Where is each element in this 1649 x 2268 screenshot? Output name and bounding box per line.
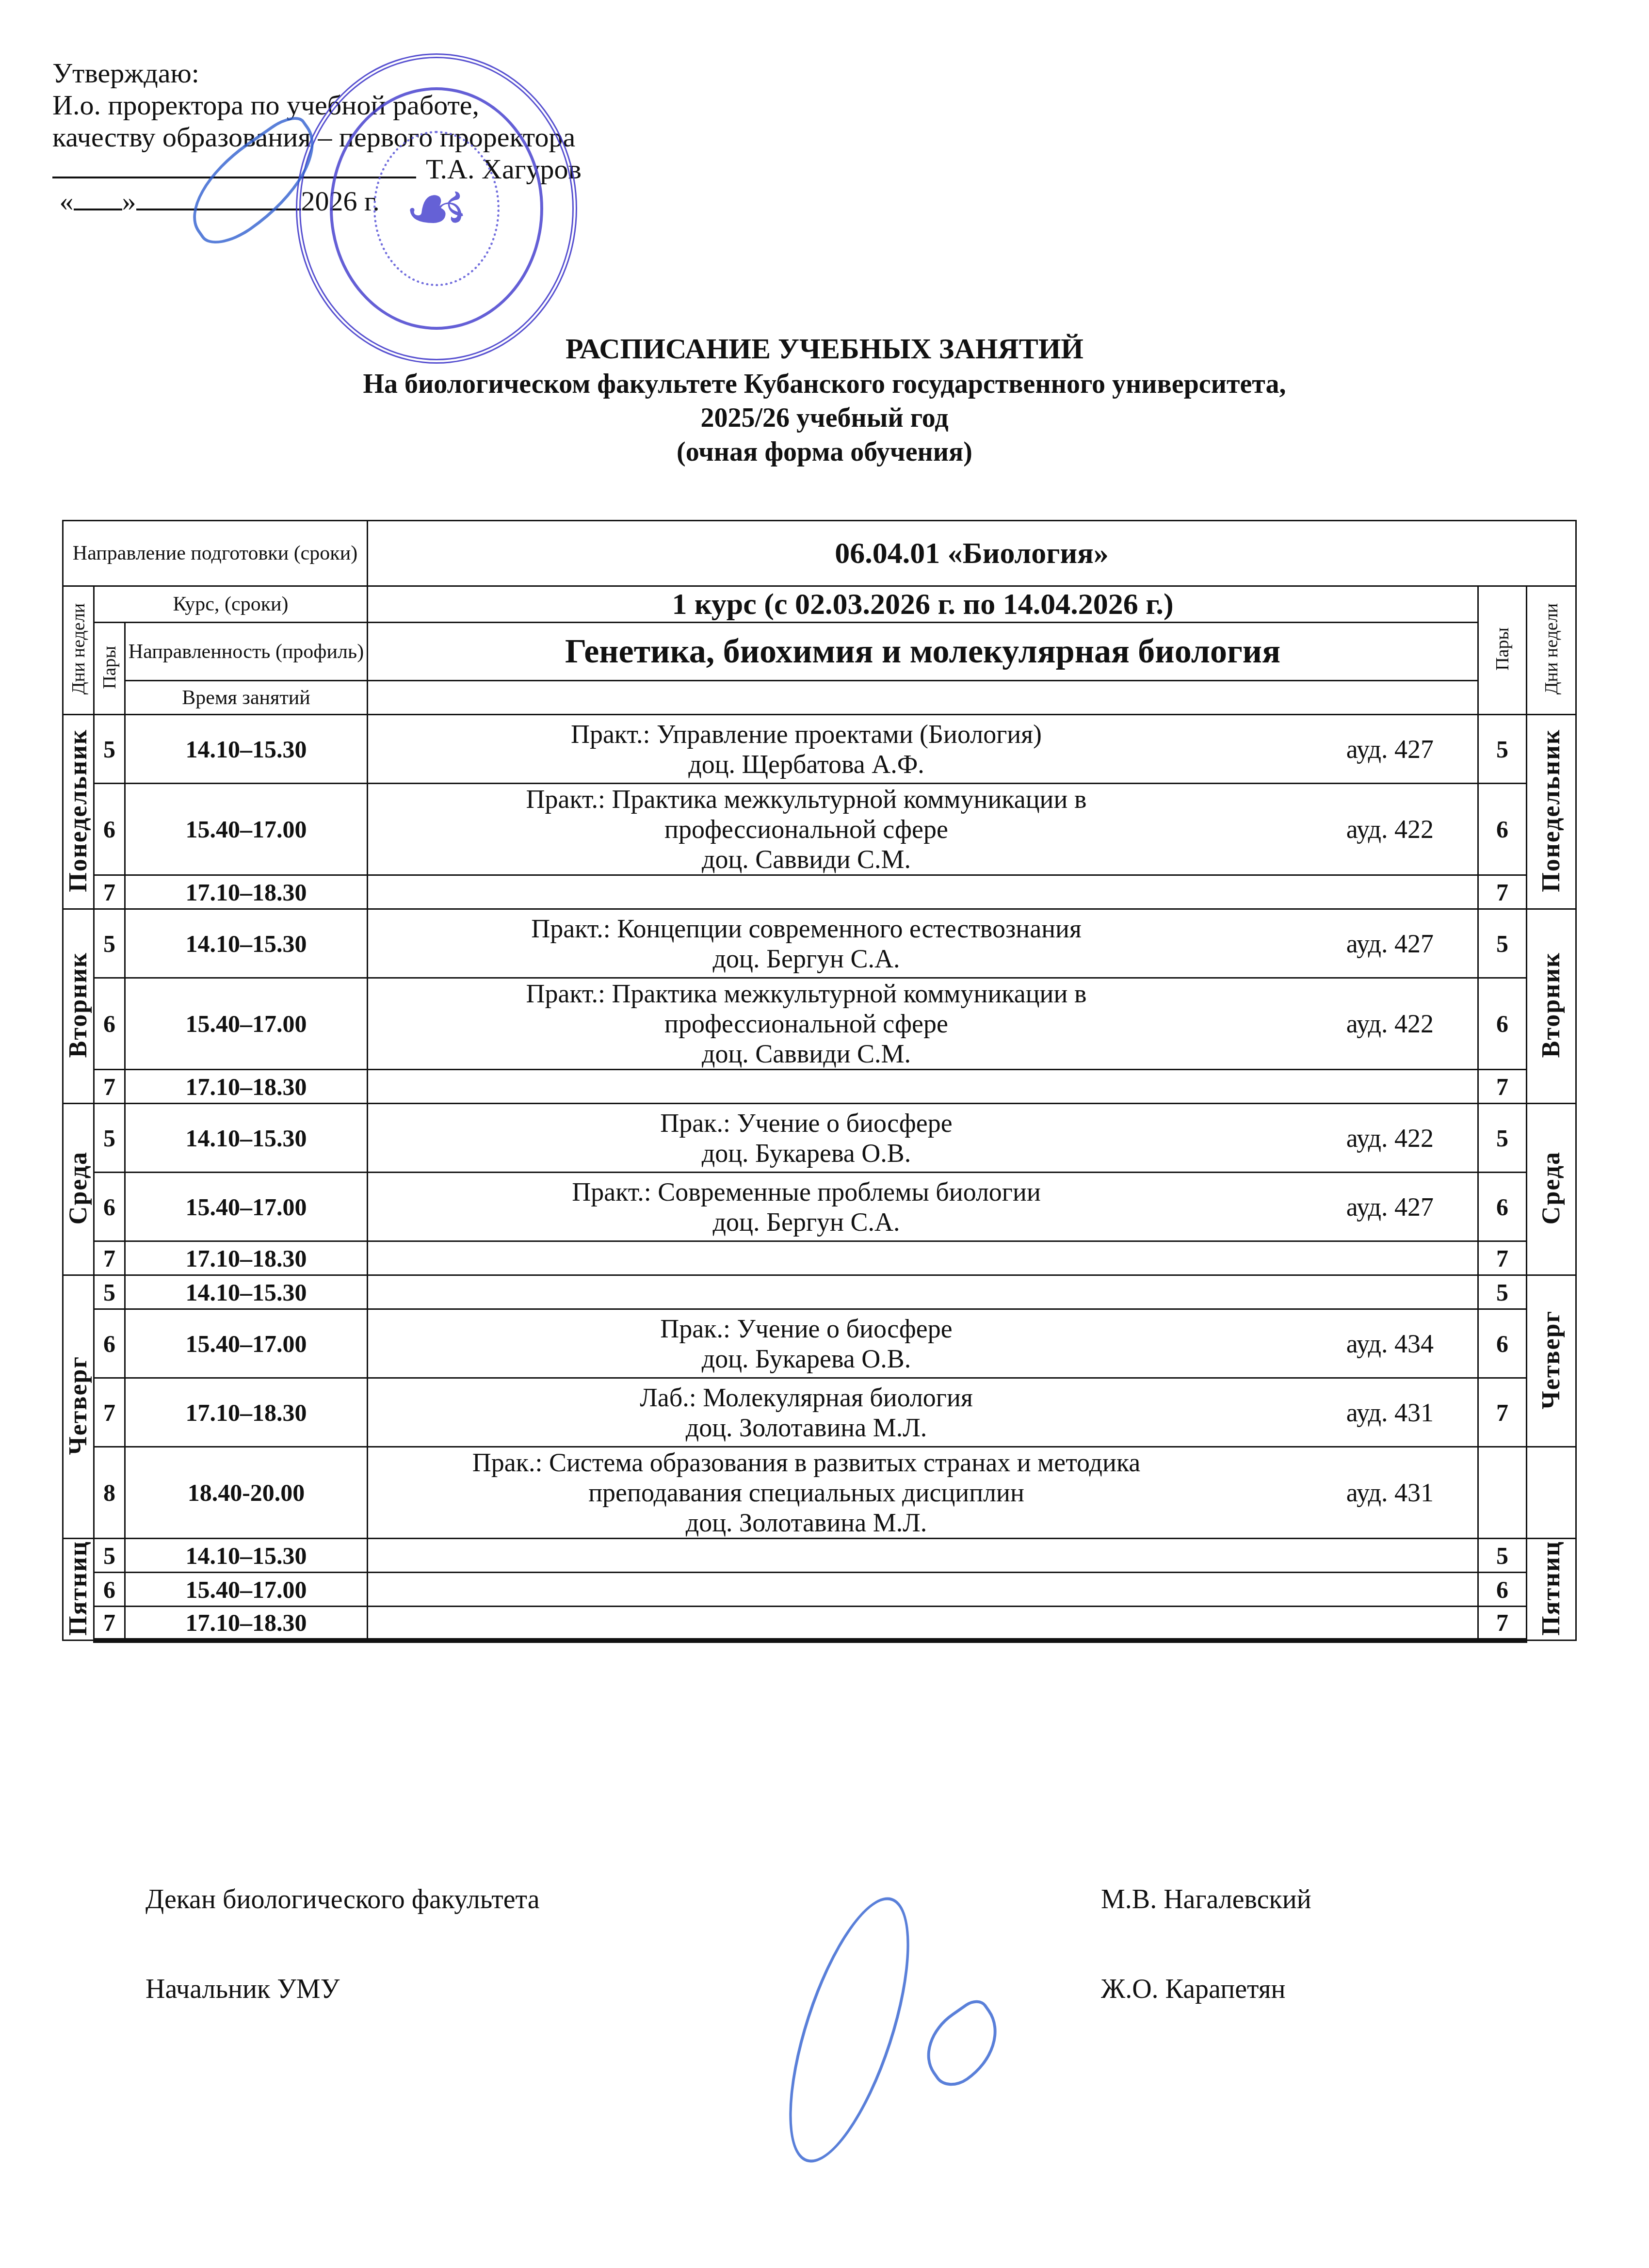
table-row: 717.10–18.307 [63,1070,1576,1104]
lesson-line: преподавания специальных дисциплин [388,1478,1225,1508]
lesson-line: доц. Букарева О.В. [388,1138,1225,1168]
day-label-right: Среда [1527,1104,1576,1275]
lesson-line: Практ.: Практика межкультурной коммуника… [388,784,1225,814]
table-row: 615.40–17.00Практ.: Практика межкультурн… [63,784,1576,875]
pair-time: 17.10–18.30 [125,1241,368,1275]
table-row: 717.10–18.307 [63,875,1576,909]
pair-number-right: 5 [1478,909,1527,978]
room-number: ауд. 422 [1346,814,1434,844]
lesson-line: Прак.: Учение о биосфере [388,1108,1225,1138]
table-row: 818.40-20.00Прак.: Система образования в… [63,1447,1576,1539]
lesson-line: профессиональной сфере [388,1009,1225,1039]
pair-number-right: 5 [1478,1104,1527,1173]
pairs-label-left: Пары [94,623,125,715]
lesson-cell: Практ.: Практика межкультурной коммуника… [368,978,1478,1070]
lesson-line: Прак.: Система образования в развитых ст… [388,1448,1225,1478]
table-row: 615.40–17.00Практ.: Современные проблемы… [63,1173,1576,1241]
pair-time: 14.10–15.30 [125,1539,368,1573]
pair-time: 14.10–15.30 [125,1275,368,1309]
lesson-line: доц. Золотавина М.Л. [388,1413,1225,1443]
lesson-line: Практ.: Управление проектами (Биология) [388,719,1225,749]
pair-number: 7 [94,1241,125,1275]
signature-dean-icon [764,1884,934,2175]
room-number: ауд. 434 [1346,1329,1434,1359]
dean-title: Декан биологического факультета [145,1884,540,1915]
pairs-label-right: Пары [1478,586,1527,715]
pair-number-right: 7 [1478,875,1527,909]
lesson-cell [368,1539,1478,1573]
pair-number-right: 7 [1478,1241,1527,1275]
lesson-cell [368,1241,1478,1275]
pair-number-right: 5 [1478,715,1527,784]
direction-label: Направление подготовки (сроки) [63,521,368,586]
pair-time: 15.40–17.00 [125,1309,368,1378]
lesson-line: Прак.: Учение о биосфере [388,1314,1225,1344]
table-row: 717.10–18.307 [63,1241,1576,1275]
pair-time: 14.10–15.30 [125,715,368,784]
pair-number-right: 6 [1478,1309,1527,1378]
header-row-direction: Направление подготовки (сроки) 06.04.01 … [63,521,1576,586]
lesson-cell: Практ.: Современные проблемы биологиидоц… [368,1173,1478,1241]
lesson-line: доц. Бергун С.А. [388,944,1225,974]
table-row: 615.40–17.00Прак.: Учение о биосфередоц.… [63,1309,1576,1378]
lesson-line: Практ.: Практика межкультурной коммуника… [388,979,1225,1009]
days-label-right: Дни недели [1527,586,1576,715]
pair-number: 5 [94,1104,125,1173]
room-number: ауд. 427 [1346,734,1434,764]
pair-number-right: 6 [1478,784,1527,875]
pair-number: 6 [94,1173,125,1241]
pair-number-right: 7 [1478,1070,1527,1104]
lesson-cell: Практ.: Управление проектами (Биология)д… [368,715,1478,784]
pair-number-right: 7 [1478,1378,1527,1447]
table-row: Вторник514.10–15.30Практ.: Концепции сов… [63,909,1576,978]
lesson-cell: Лаб.: Молекулярная биологиядоц. Золотави… [368,1378,1478,1447]
umu-name: Ж.О. Карапетян [1101,1974,1286,2005]
day-label-left: Понедельник [63,715,94,909]
table-row: Четверг514.10–15.305Четверг [63,1275,1576,1309]
pair-number: 5 [94,909,125,978]
room-number: ауд. 427 [1346,1192,1434,1222]
lesson-line: доц. Бергун С.А. [388,1207,1225,1237]
room-number: ауд. 431 [1346,1478,1434,1508]
day-label-right: Понедельник [1527,715,1576,909]
pair-number: 7 [94,1607,125,1641]
lesson-cell [368,1573,1478,1607]
day-label-right: Пятниц [1527,1539,1576,1641]
pair-number: 7 [94,875,125,909]
pair-time: 18.40-20.00 [125,1447,368,1539]
pair-number: 5 [94,1539,125,1573]
pair-number: 8 [94,1447,125,1539]
lesson-line: доц. Саввиди С.М. [388,844,1225,874]
table-row: 615.40–17.00Практ.: Практика межкультурн… [63,978,1576,1070]
page-title: РАСПИСАНИЕ УЧЕБНЫХ ЗАНЯТИЙ [0,332,1649,366]
schedule-table: Направление подготовки (сроки) 06.04.01 … [62,520,1577,1643]
table-row: 717.10–18.307 [63,1607,1576,1641]
pair-time: 14.10–15.30 [125,909,368,978]
day-label-right: Вторник [1527,909,1576,1104]
pair-number-right: 7 [1478,1607,1527,1641]
time-header-empty [368,681,1478,715]
faculty-subtitle: На биологическом факультете Кубанского г… [0,369,1649,400]
day-label-left: Вторник [63,909,94,1104]
lesson-line: Практ.: Концепции современного естествоз… [388,914,1225,944]
table-row: 717.10–18.30Лаб.: Молекулярная биологияд… [63,1378,1576,1447]
lesson-line: доц. Щербатова А.Ф. [388,749,1225,779]
course-value: 1 курс (с 02.03.2026 г. по 14.04.2026 г.… [368,586,1478,623]
eagle-emblem-icon: ☙ [404,166,469,251]
lesson-line: доц. Саввиди С.М. [388,1039,1225,1069]
pair-time: 15.40–17.00 [125,1573,368,1607]
lesson-cell [368,1070,1478,1104]
date-quote-close: » [122,185,136,217]
pair-number: 6 [94,978,125,1070]
pair-number-right-empty [1478,1447,1527,1539]
lesson-cell: Прак.: Учение о биосфередоц. Букарева О.… [368,1309,1478,1378]
lesson-cell [368,1275,1478,1309]
table-row: Пятниц514.10–15.305Пятниц [63,1539,1576,1573]
time-label: Время занятий [125,681,368,715]
pair-number: 7 [94,1378,125,1447]
lesson-line: Лаб.: Молекулярная биология [388,1383,1225,1413]
day-label-left: Пятниц [63,1539,94,1641]
lesson-line: Практ.: Современные проблемы биологии [388,1177,1225,1207]
pair-number-right: 5 [1478,1275,1527,1309]
days-label-left: Дни недели [63,586,94,715]
lesson-cell [368,1607,1478,1641]
umu-title: Начальник УМУ [145,1974,339,2005]
pair-number-right: 6 [1478,1573,1527,1607]
room-number: ауд. 431 [1346,1398,1434,1428]
table-row: Среда514.10–15.30Прак.: Учение о биосфер… [63,1104,1576,1173]
lesson-line: профессиональной сфере [388,814,1225,844]
pair-time: 15.40–17.00 [125,784,368,875]
profile-value: Генетика, биохимия и молекулярная биолог… [368,623,1478,681]
pair-time: 15.40–17.00 [125,978,368,1070]
lesson-line: доц. Букарева О.В. [388,1344,1225,1374]
lesson-cell: Практ.: Концепции современного естествоз… [368,909,1478,978]
study-form: (очная форма обучения) [0,436,1649,467]
pair-time: 17.10–18.30 [125,875,368,909]
dean-name: М.В. Нагалевский [1101,1884,1311,1915]
pair-number: 6 [94,1309,125,1378]
pair-time: 17.10–18.30 [125,1070,368,1104]
header-row-profile: Пары Направленность (профиль) Генетика, … [63,623,1576,681]
lesson-cell [368,875,1478,909]
profile-label: Направленность (профиль) [125,623,368,681]
header-row-time: Время занятий [63,681,1576,715]
room-number: ауд. 427 [1346,929,1434,959]
pair-time: 17.10–18.30 [125,1607,368,1641]
lesson-cell: Прак.: Система образования в развитых ст… [368,1447,1478,1539]
header-row-course: Дни недели Курс, (сроки) 1 курс (с 02.03… [63,586,1576,623]
pair-number: 5 [94,715,125,784]
pair-number-right: 5 [1478,1539,1527,1573]
table-row: Понедельник514.10–15.30Практ.: Управлени… [63,715,1576,784]
pair-number: 6 [94,784,125,875]
academic-year: 2025/26 учебный год [0,402,1649,434]
day-label-left: Четверг [63,1275,94,1539]
pair-number: 5 [94,1275,125,1309]
pair-time: 15.40–17.00 [125,1173,368,1241]
pair-time: 14.10–15.30 [125,1104,368,1173]
day-label-left: Среда [63,1104,94,1275]
day-label-right-empty [1527,1447,1576,1539]
room-number: ауд. 422 [1346,1009,1434,1039]
day-label-right: Четверг [1527,1275,1576,1447]
pair-number-right: 6 [1478,978,1527,1070]
pair-number: 6 [94,1573,125,1607]
pair-time: 17.10–18.30 [125,1378,368,1447]
official-seal-stamp: ☙ [296,53,577,364]
lesson-line: доц. Золотавина М.Л. [388,1508,1225,1538]
room-number: ауд. 422 [1346,1123,1434,1153]
table-row: 615.40–17.006 [63,1573,1576,1607]
signature-umu-icon [911,1995,1016,2095]
lesson-cell: Практ.: Практика межкультурной коммуника… [368,784,1478,875]
course-label: Курс, (сроки) [94,586,368,623]
date-quote-open: « [60,185,74,217]
date-day-blank [74,209,122,210]
direction-value: 06.04.01 «Биология» [368,521,1576,586]
pair-number: 7 [94,1070,125,1104]
pair-number-right: 6 [1478,1173,1527,1241]
lesson-cell: Прак.: Учение о биосфередоц. Букарева О.… [368,1104,1478,1173]
